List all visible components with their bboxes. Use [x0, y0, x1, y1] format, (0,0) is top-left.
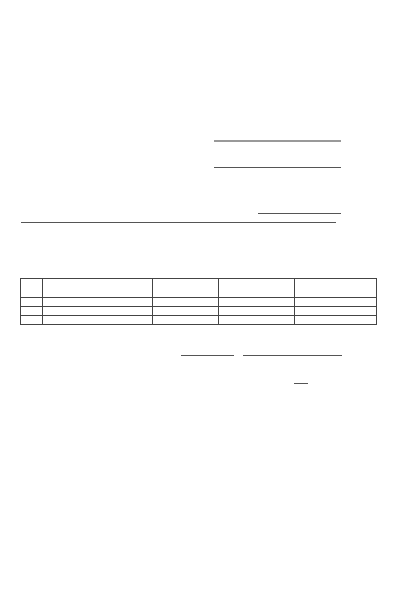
addressee-block: [205, 64, 341, 223]
name-line[interactable]: [243, 355, 342, 356]
header-cell-number: [21, 279, 43, 298]
table-cell[interactable]: [219, 316, 295, 325]
header-cell-fio: [43, 279, 153, 298]
table-row: [21, 307, 377, 316]
header-cell-position: [153, 279, 219, 298]
subject-blank-1[interactable]: [258, 213, 341, 214]
sign-line[interactable]: [181, 355, 234, 356]
subject-blank-2[interactable]: [21, 222, 336, 223]
table-cell[interactable]: [43, 307, 153, 316]
table-cell[interactable]: [153, 316, 219, 325]
number-cell: [43, 298, 153, 307]
fio-line[interactable]: [214, 167, 341, 168]
table-cell[interactable]: [43, 316, 153, 325]
table-cell[interactable]: [219, 307, 295, 316]
signature-block: [21, 338, 30, 412]
stamp-block: [21, 64, 30, 159]
header-cell-birth: [219, 279, 295, 298]
staff-table: [20, 278, 377, 325]
header-cell-registration: [295, 279, 377, 298]
number-cell: [21, 298, 43, 307]
table-cell[interactable]: [153, 307, 219, 316]
org-name-line[interactable]: [214, 140, 341, 142]
table-header-row: [21, 279, 377, 298]
table-cell[interactable]: [21, 307, 43, 316]
date-day-blank[interactable]: [294, 383, 308, 384]
table-cell[interactable]: [21, 316, 43, 325]
table-cell[interactable]: [295, 316, 377, 325]
table-cell[interactable]: [295, 307, 377, 316]
table-row: [21, 316, 377, 325]
number-cell: [153, 298, 219, 307]
number-cell: [295, 298, 377, 307]
number-cell: [219, 298, 295, 307]
table-number-row: [21, 298, 377, 307]
